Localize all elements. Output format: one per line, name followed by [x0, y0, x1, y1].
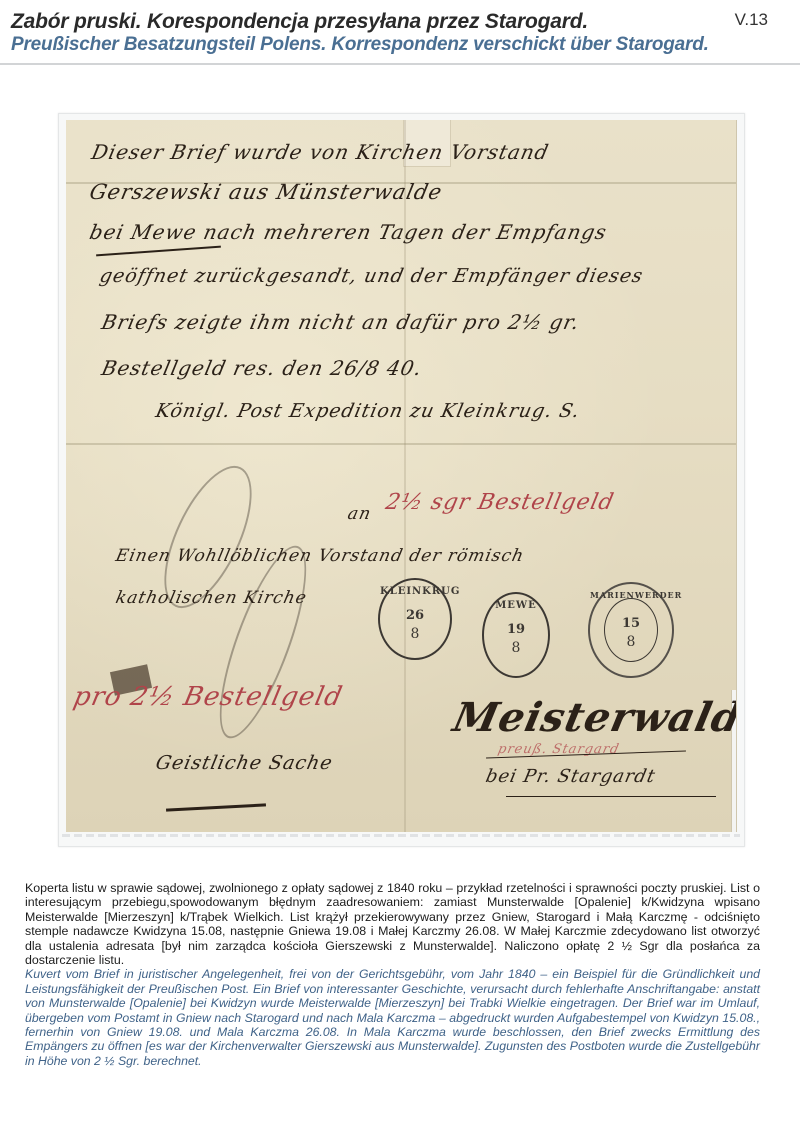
signature-note: Geistliche Sache [154, 752, 335, 774]
page-title-polish: Zabór pruski. Korespondencja przesyłana … [11, 10, 588, 34]
fold-line [66, 443, 736, 445]
historic-letter-cover: Dieser Brief wurde von Kirchen Vorstand … [66, 120, 737, 832]
postmark-kleinkrug: KLEINKRUG 26 8 [378, 578, 452, 660]
page-number: V.13 [735, 10, 768, 30]
address-prefix: an [346, 504, 373, 524]
red-postage-annotation: 2½ sgr Bestellgeld [383, 490, 616, 515]
handwriting-line: Gerszewski aus Münsterwalde [87, 180, 444, 204]
pen-stroke [166, 803, 266, 811]
address-line: katholischen Kirche [114, 588, 309, 608]
page-title-german: Preußischer Besatzungsteil Polens. Korre… [11, 34, 709, 56]
underline-stroke [96, 246, 221, 257]
handwriting-line: Königl. Post Expedition zu Kleinkrug. S. [154, 400, 583, 422]
destination-address: Meisterwalde [449, 694, 737, 741]
sleeve-perforation [62, 834, 740, 837]
handwriting-line: bei Mewe nach mehreren Tagen der Empfang… [87, 220, 609, 244]
description-block: Koperta listu w sprawie sądowej, zwolnio… [25, 881, 760, 1068]
header-divider [0, 63, 800, 65]
postmark-marienwerder: MARIENWERDER 15 8 [588, 582, 674, 678]
handwriting-line: Bestellgeld res. den 26/8 40. [99, 356, 424, 380]
handwriting-line: geöffnet zurückgesandt, und der Empfänge… [98, 265, 646, 287]
handwriting-line: Briefs zeigte ihm nicht an dafür pro 2½ … [99, 310, 582, 334]
destination-note: bei Pr. Stargardt [484, 766, 658, 787]
address-line: Einen Wohllöblichen Vorstand der römisch [114, 546, 526, 566]
handwriting-line: Dieser Brief wurde von Kirchen Vorstand [89, 140, 551, 164]
description-german: Kuvert vom Brief in juristischer Angeleg… [25, 967, 760, 1068]
postmark-mewe: MEWE 19 8 [482, 592, 550, 678]
description-polish: Koperta listu w sprawie sądowej, zwolnio… [25, 881, 760, 967]
red-fee-annotation: pro 2½ Bestellgeld [71, 682, 346, 712]
underline-stroke [506, 796, 716, 797]
page-header: Zabór pruski. Korespondencja przesyłana … [0, 0, 800, 62]
